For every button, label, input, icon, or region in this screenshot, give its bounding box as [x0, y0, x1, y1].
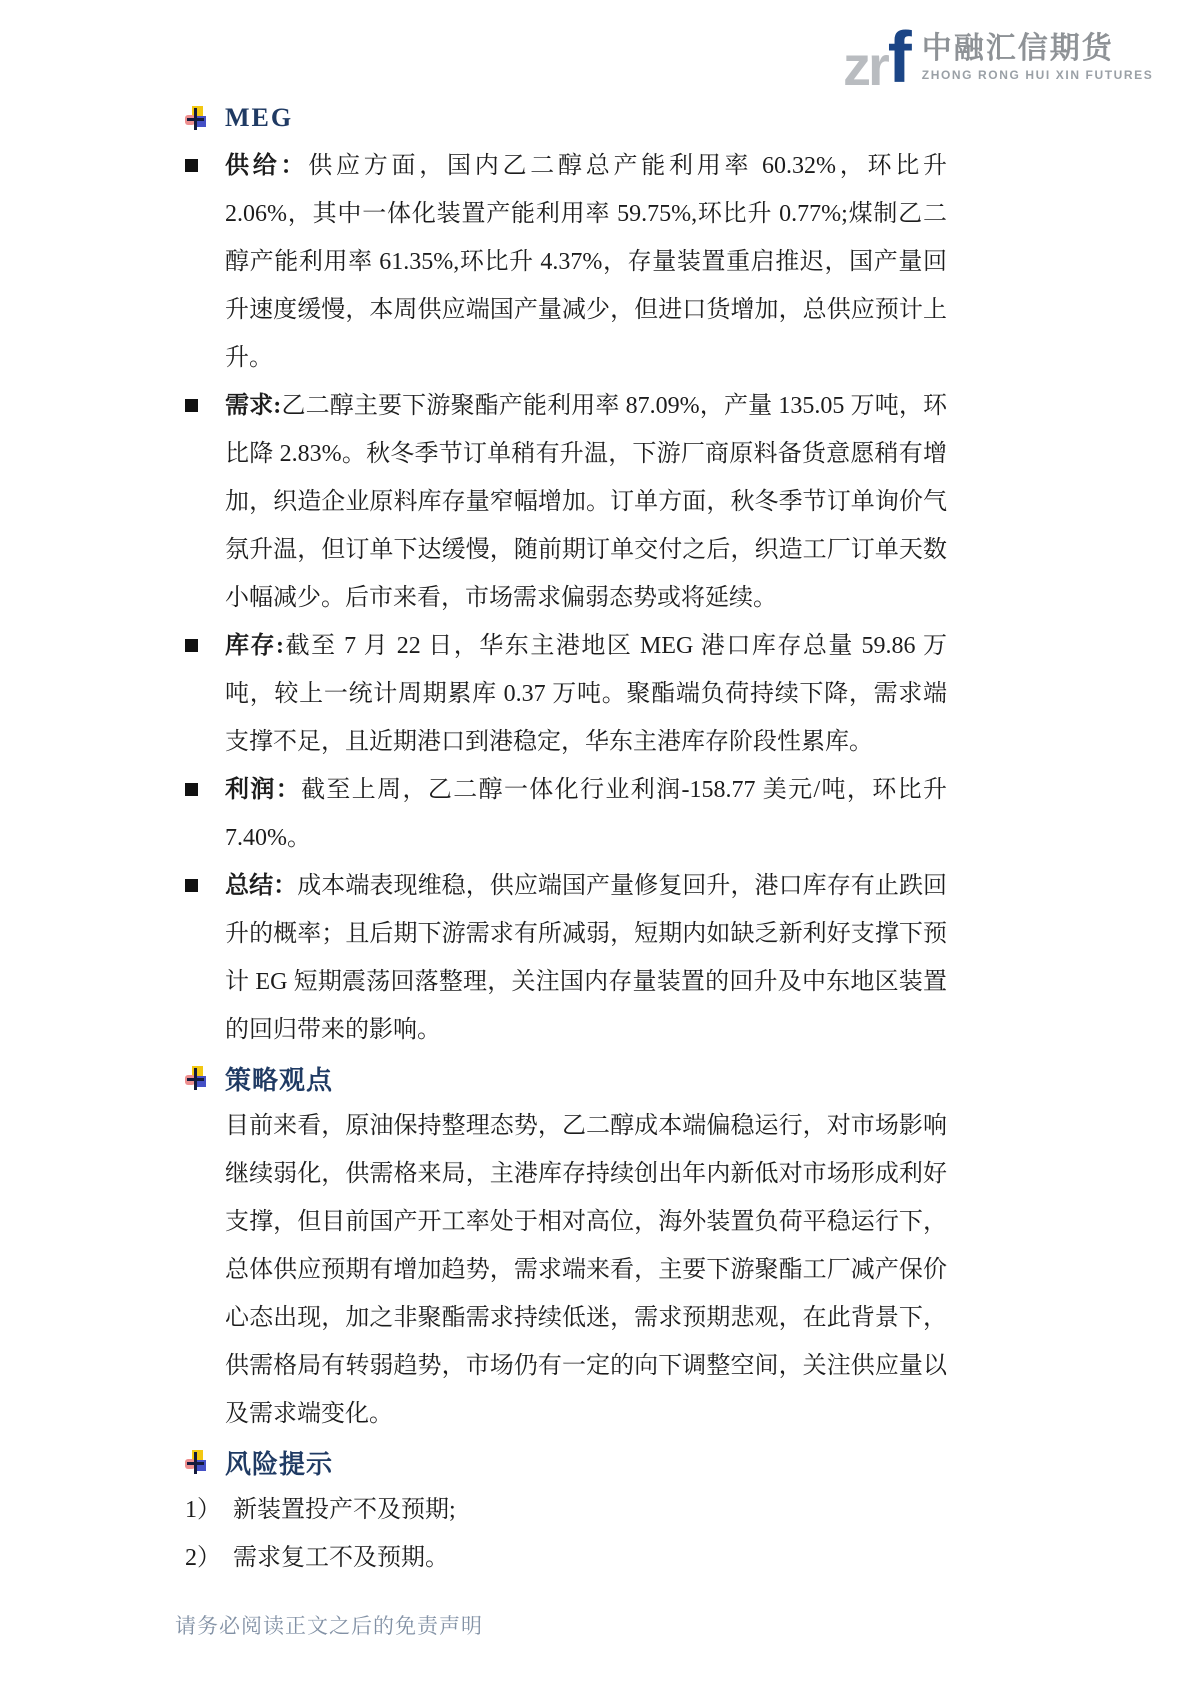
bullet-text: 总结：成本端表现维稳，供应端国产量修复回升，港口库存有止跌回升的概率；且后期下游…	[225, 862, 947, 1054]
section-flag-icon	[185, 1450, 207, 1475]
square-bullet-icon	[185, 879, 198, 892]
bullet-body: 成本端表现维稳，供应端国产量修复回升，港口库存有止跌回升的概率；且后期下游需求有…	[225, 873, 947, 1043]
report-bullet: 需求:乙二醇主要下游聚酯产能利用率 87.09%，产量 135.05 万吨，环比…	[185, 382, 947, 622]
section-title: MEG	[225, 103, 293, 133]
risk-item-number: 2）	[185, 1534, 233, 1582]
square-bullet-col	[185, 766, 225, 862]
bullet-label: 利润：	[225, 777, 301, 803]
bullet-label: 库存:	[225, 633, 284, 659]
company-name-en: ZHONG RONG HUI XIN FUTURES	[922, 68, 1154, 82]
bullet-text: 库存:截至 7 月 22 日，华东主港地区 MEG 港口库存总量 59.86 万…	[225, 622, 947, 766]
bullet-body: 截至 7 月 22 日，华东主港地区 MEG 港口库存总量 59.86 万吨，较…	[225, 633, 947, 755]
bullet-text: 供给：供应方面，国内乙二醇总产能利用率 60.32%，环比升 2.06%，其中一…	[225, 142, 947, 382]
flag-col	[185, 1450, 225, 1475]
strategy-paragraph: 目前来看，原油保持整理态势，乙二醇成本端偏稳运行，对市场影响继续弱化，供需格来局…	[225, 1102, 947, 1438]
square-bullet-col	[185, 382, 225, 622]
bullet-body: 截至上周，乙二醇一体化行业利润-158.77 美元/吨，环比升 7.40%。	[225, 777, 947, 851]
section-heading-meg: MEG	[185, 94, 947, 142]
bullet-body: 供应方面，国内乙二醇总产能利用率 60.32%，环比升 2.06%，其中一体化装…	[225, 153, 947, 371]
report-bullet: 库存:截至 7 月 22 日，华东主港地区 MEG 港口库存总量 59.86 万…	[185, 622, 947, 766]
square-bullet-col	[185, 862, 225, 1054]
risk-item-text: 需求复工不及预期。	[233, 1534, 449, 1582]
square-bullet-icon	[185, 399, 198, 412]
bullet-text: 需求:乙二醇主要下游聚酯产能利用率 87.09%，产量 135.05 万吨，环比…	[225, 382, 947, 622]
section-heading-risk: 风险提示	[185, 1438, 947, 1486]
report-bullet: 总结：成本端表现维稳，供应端国产量修复回升，港口库存有止跌回升的概率；且后期下游…	[185, 862, 947, 1054]
square-bullet-col	[185, 622, 225, 766]
bullet-body: 乙二醇主要下游聚酯产能利用率 87.09%，产量 135.05 万吨，环比降 2…	[225, 393, 947, 611]
square-bullet-col	[185, 142, 225, 382]
risk-item: 2） 需求复工不及预期。	[185, 1534, 947, 1582]
report-page: zr f 中融汇信期货 ZHONG RONG HUI XIN FUTURES M…	[0, 0, 1190, 1683]
logo-letter-blue: f	[888, 22, 912, 94]
section-flag-icon	[185, 1066, 207, 1091]
risk-item: 1） 新装置投产不及预期;	[185, 1486, 947, 1534]
company-name-cn: 中融汇信期货	[922, 32, 1154, 65]
square-bullet-icon	[185, 783, 198, 796]
bullet-label: 供给：	[225, 153, 308, 179]
logo-mark: zr f	[843, 22, 912, 94]
section-heading-strategy: 策略观点	[185, 1054, 947, 1102]
company-logo: zr f 中融汇信期货 ZHONG RONG HUI XIN FUTURES	[843, 22, 1153, 94]
bullet-label: 需求:	[225, 393, 281, 419]
report-bullet: 供给：供应方面，国内乙二醇总产能利用率 60.32%，环比升 2.06%，其中一…	[185, 142, 947, 382]
square-bullet-icon	[185, 159, 198, 172]
logo-letters-gray: zr	[843, 38, 887, 94]
section-title: 风险提示	[225, 1444, 333, 1481]
bullet-text: 利润：截至上周，乙二醇一体化行业利润-158.77 美元/吨，环比升 7.40%…	[225, 766, 947, 862]
flag-col	[185, 1066, 225, 1091]
section-flag-icon	[185, 106, 207, 131]
logo-names: 中融汇信期货 ZHONG RONG HUI XIN FUTURES	[922, 32, 1154, 82]
bullet-label: 总结：	[225, 873, 297, 899]
report-bullet: 利润：截至上周，乙二醇一体化行业利润-158.77 美元/吨，环比升 7.40%…	[185, 766, 947, 862]
flag-col	[185, 106, 225, 131]
risk-item-text: 新装置投产不及预期;	[233, 1486, 456, 1534]
square-bullet-icon	[185, 639, 198, 652]
footer-disclaimer: 请务必阅读正文之后的免责声明	[175, 1610, 483, 1640]
report-content: MEG 供给：供应方面，国内乙二醇总产能利用率 60.32%，环比升 2.06%…	[185, 94, 947, 1582]
section-title: 策略观点	[225, 1060, 333, 1097]
risk-item-number: 1）	[185, 1486, 233, 1534]
